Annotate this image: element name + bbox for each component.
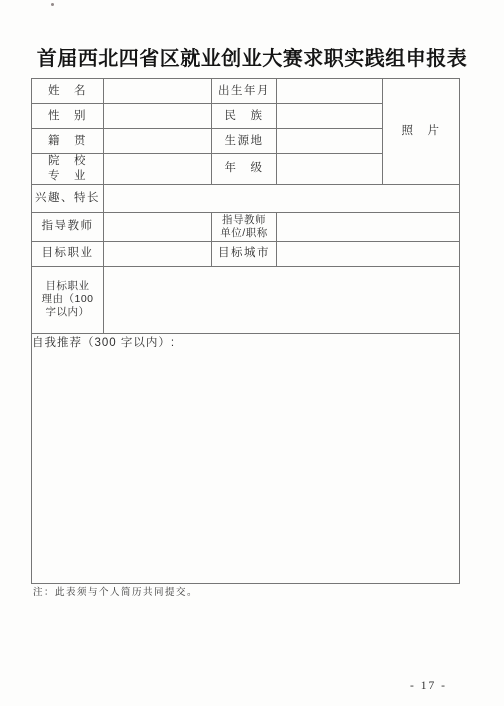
document-page: 首届西北四省区就业创业大赛求职实践组申报表 姓 名 出生年月 照 片 性 别 民… [0,0,504,706]
interests-label: 兴趣、特长 [32,184,104,212]
gender-value-cell [104,104,212,129]
interests-value-cell [104,184,460,212]
form-title: 首届西北四省区就业创业大赛求职实践组申报表 [0,42,504,71]
table-row: 目标职业 目标城市 [32,241,460,266]
student-origin-label: 生源地 [212,129,277,154]
grade-label: 年 级 [212,154,277,185]
advisor-value-cell [104,212,212,241]
name-label: 姓 名 [32,79,104,104]
student-origin-value-cell [277,129,383,154]
birth-date-label: 出生年月 [212,79,277,104]
school-major-label: 院 校 专 业 [32,154,104,185]
scan-speck [51,3,54,6]
footnote: 注：此表须与个人简历共同提交。 [33,584,198,598]
target-job-value-cell [104,241,212,266]
advisor-label: 指导教师 [32,212,104,241]
table-row: 自我推荐（300 字以内）: [32,333,460,583]
table-row: 姓 名 出生年月 照 片 [32,79,460,104]
self-recommendation-cell: 自我推荐（300 字以内）: [32,333,460,583]
target-reason-value-cell [104,266,460,333]
name-value-cell [104,79,212,104]
native-place-value-cell [104,129,212,154]
target-city-label: 目标城市 [212,241,277,266]
grade-value-cell [277,154,383,185]
table-row: 目标职业 理由（100 字以内） [32,266,460,333]
school-major-value-cell [104,154,212,185]
application-form-table: 姓 名 出生年月 照 片 性 别 民 族 籍 贯 生源地 院 校 专 业 [31,78,460,584]
photo-cell: 照 片 [383,79,460,185]
table-row: 指导教师 指导教师 单位/职称 [32,212,460,241]
target-reason-label: 目标职业 理由（100 字以内） [32,266,104,333]
advisor-unit-title-label: 指导教师 单位/职称 [212,212,277,241]
table-row: 兴趣、特长 [32,184,460,212]
native-place-label: 籍 贯 [32,129,104,154]
gender-label: 性 别 [32,104,104,129]
birth-date-value-cell [277,79,383,104]
ethnicity-value-cell [277,104,383,129]
page-number: - 17 - [410,680,447,692]
target-job-label: 目标职业 [32,241,104,266]
ethnicity-label: 民 族 [212,104,277,129]
advisor-unit-value-cell [277,212,460,241]
target-city-value-cell [277,241,460,266]
